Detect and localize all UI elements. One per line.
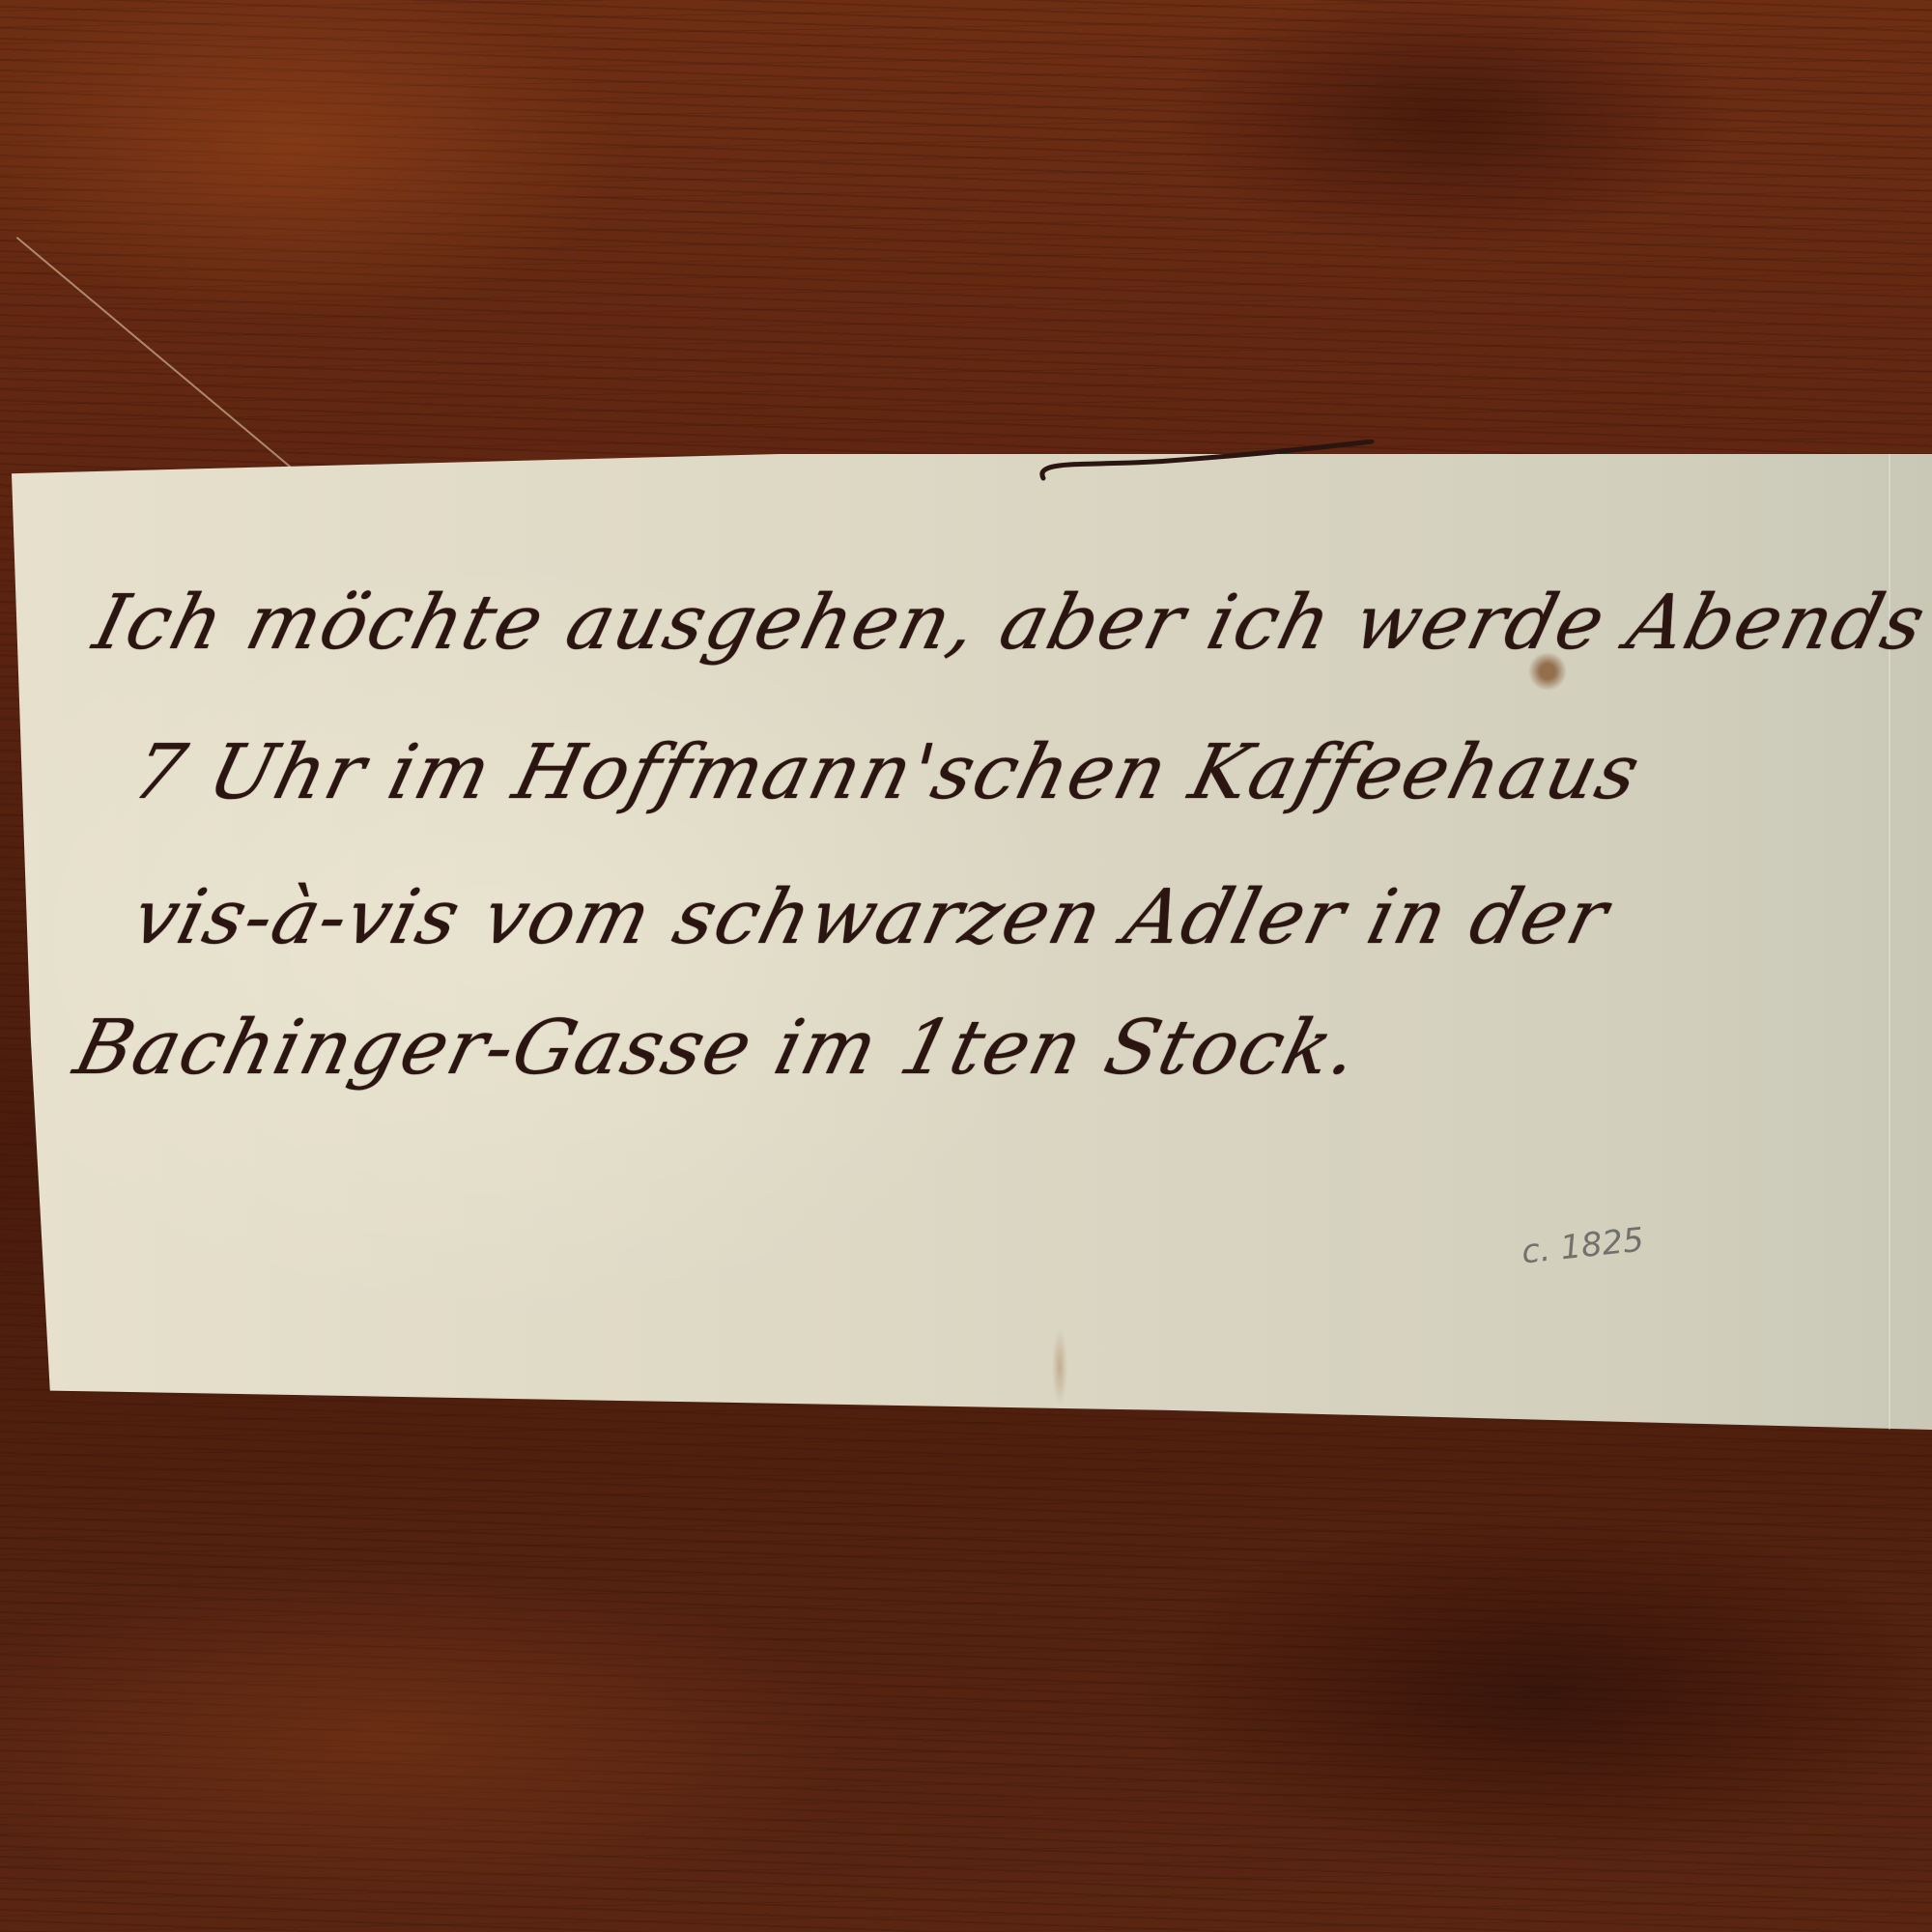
letter-line-1: Ich möchte ausgehen, aber ich werde Aben… [86,580,1932,667]
letter-line-2: 7 Uhr im Hoffmann'schen Kaffeehaus [125,729,1650,816]
table-scratch [16,237,328,499]
letter-line-3: vis-à-vis vom schwarzen Adler in der [125,874,1618,961]
letter-line-4: Bachinger-Gasse im 1ten Stock. [67,1005,1369,1092]
ink-flourish [1034,440,1381,488]
